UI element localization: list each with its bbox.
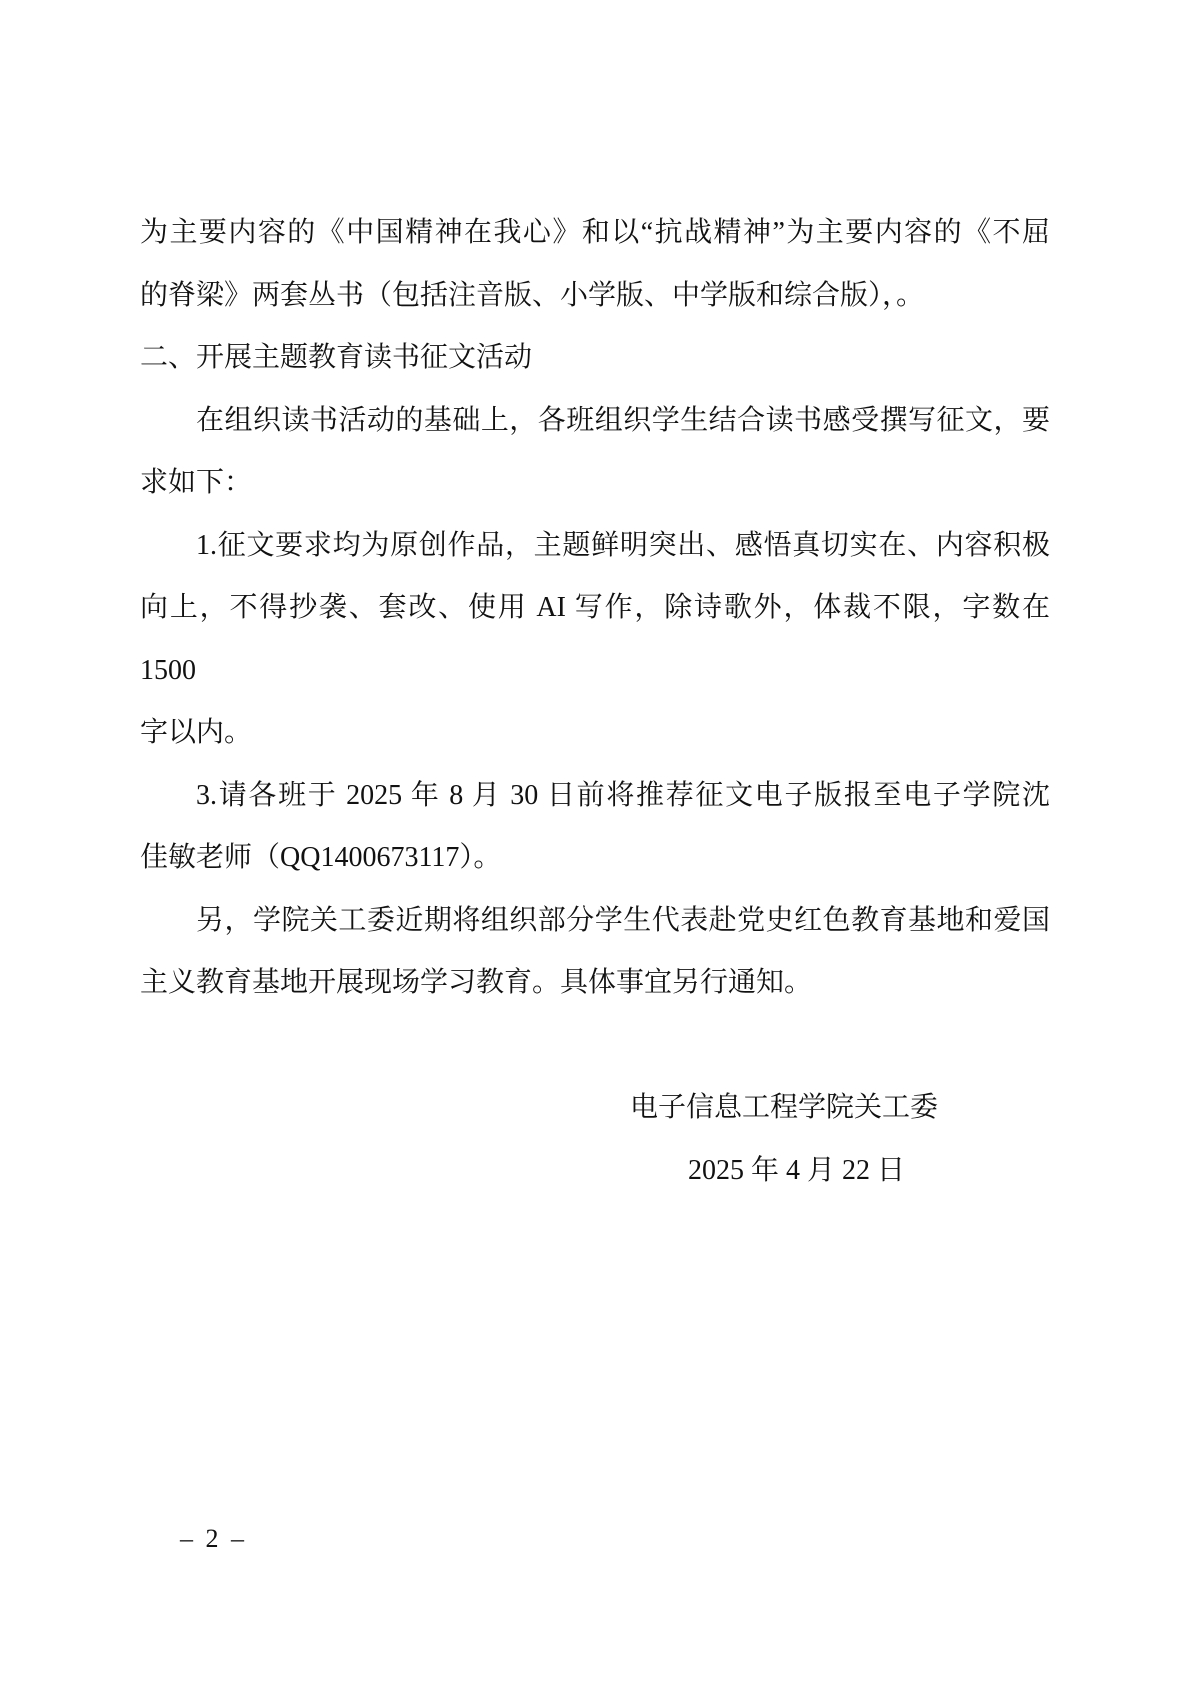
- date: 2025 年 4 月 22 日: [140, 1140, 1050, 1203]
- body-line: 向上，不得抄袭、套改、使用 AI 写作，除诗歌外，体裁不限，字数在 1500: [140, 577, 1050, 702]
- body-line: 3.请各班于 2025 年 8 月 30 日前将推荐征文电子版报至电子学院沈: [140, 765, 1050, 828]
- blank-line: [140, 1015, 1050, 1078]
- body-line: 求如下：: [140, 452, 1050, 515]
- body-line: 为主要内容的《中国精神在我心》和以“抗战精神”为主要内容的《不屈: [140, 202, 1050, 265]
- body-line: 1.征文要求均为原创作品，主题鲜明突出、感悟真切实在、内容积极: [140, 515, 1050, 578]
- body-line: 的脊梁》两套丛书（包括注音版、小学版、中学版和综合版），。: [140, 265, 1050, 328]
- body-line: 在组织读书活动的基础上，各班组织学生结合读书感受撰写征文，要: [140, 390, 1050, 453]
- section-heading: 二、开展主题教育读书征文活动: [140, 327, 1050, 390]
- body-line: 佳敏老师（QQ1400673117）。: [140, 827, 1050, 890]
- signature: 电子信息工程学院关工委: [140, 1077, 1050, 1140]
- page-number: – 2 –: [180, 1524, 247, 1554]
- document-page: 为主要内容的《中国精神在我心》和以“抗战精神”为主要内容的《不屈 的脊梁》两套丛…: [0, 0, 1191, 1684]
- document-body: 为主要内容的《中国精神在我心》和以“抗战精神”为主要内容的《不屈 的脊梁》两套丛…: [140, 202, 1050, 1202]
- body-line: 另，学院关工委近期将组织部分学生代表赴党史红色教育基地和爱国: [140, 890, 1050, 953]
- body-line: 字以内。: [140, 702, 1050, 765]
- body-line: 主义教育基地开展现场学习教育。具体事宜另行通知。: [140, 952, 1050, 1015]
